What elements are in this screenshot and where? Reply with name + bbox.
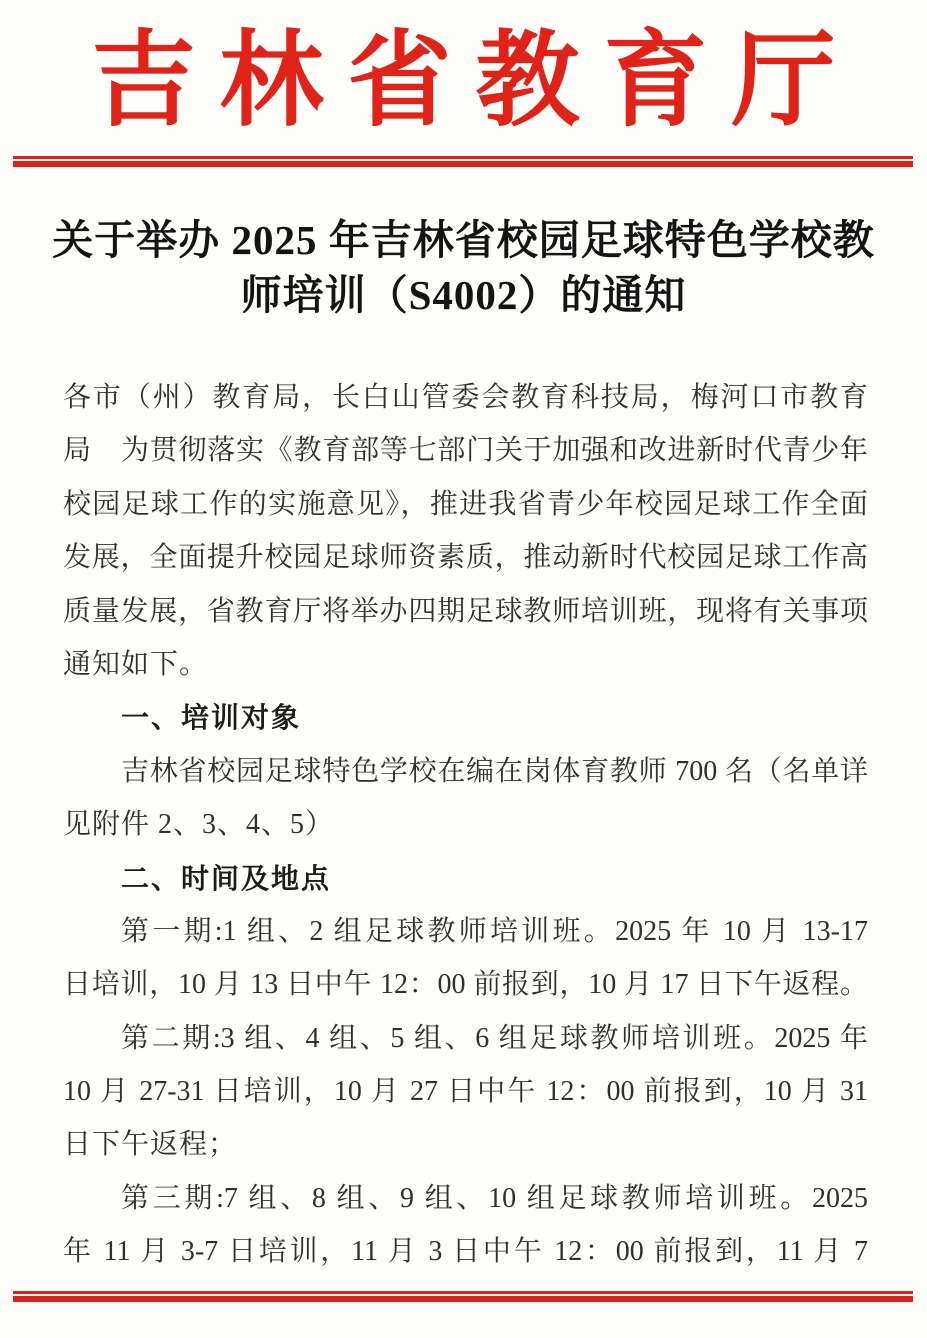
body-text-line: 第一期:1 组、2 组足球教师培训班。2025 年 10 月 13-17 [63,905,868,958]
document-title: 关于举办 2025 年吉林省校园足球特色学校教 师培训（S4002）的通知 [40,213,887,323]
body-text-line: 通知如下。 [63,638,868,691]
section-heading: 二、时间及地点 [63,852,868,905]
body-text-line: 见附件 2、3、4、5） [63,798,868,851]
letterhead-divider-rule [13,156,913,167]
body-text-line: 各市（州）教育局，长白山管委会教育科技局，梅河口市教育局： [63,371,868,424]
body-text-line: 第二期:3 组、4 组、5 组、6 组足球教师培训班。2025 年 [63,1012,868,1065]
divider-thick-line [13,161,913,167]
section-heading: 一、培训对象 [63,691,868,744]
body-text-line: 为贯彻落实《教育部等七部门关于加强和改进新时代青少年 [63,424,868,477]
official-document-page: 吉林省教育厅 关于举办 2025 年吉林省校园足球特色学校教 师培训（S4002… [0,0,927,1338]
divider-thick-line [13,1296,913,1302]
body-text-line: 第三期:7 组、8 组、9 组、10 组足球教师培训班。2025 [63,1172,868,1225]
body-text-line: 质量发展，省教育厅将举办四期足球教师培训班，现将有关事项 [63,585,868,638]
body-text-line: 校园足球工作的实施意见》，推进我省青少年校园足球工作全面 [63,478,868,531]
body-text-line: 吉林省校园足球特色学校在编在岗体育教师 700 名（名单详 [63,745,868,798]
body-text-line: 日培训，10 月 13 日中午 12：00 前报到，10 月 17 日下午返程。 [63,958,868,1011]
body-text-line: 发展，全面提升校园足球师资素质，推动新时代校园足球工作高 [63,531,868,584]
body-text-line: 10 月 27-31 日培训，10 月 27 日中午 12：00 前报到，10 … [63,1065,868,1118]
document-title-line-1: 关于举办 2025 年吉林省校园足球特色学校教 [40,213,887,268]
document-title-line-2: 师培训（S4002）的通知 [40,268,887,323]
footer-divider-rule [13,1291,913,1302]
body-text-line: 日下午返程； [63,1118,868,1171]
letterhead-agency-name: 吉林省教育厅 [0,26,927,138]
document-body: 各市（州）教育局，长白山管委会教育科技局，梅河口市教育局：为贯彻落实《教育部等七… [63,371,868,1279]
body-text-line: 年 11 月 3-7 日培训，11 月 3 日中午 12：00 前报到，11 月… [63,1225,868,1278]
